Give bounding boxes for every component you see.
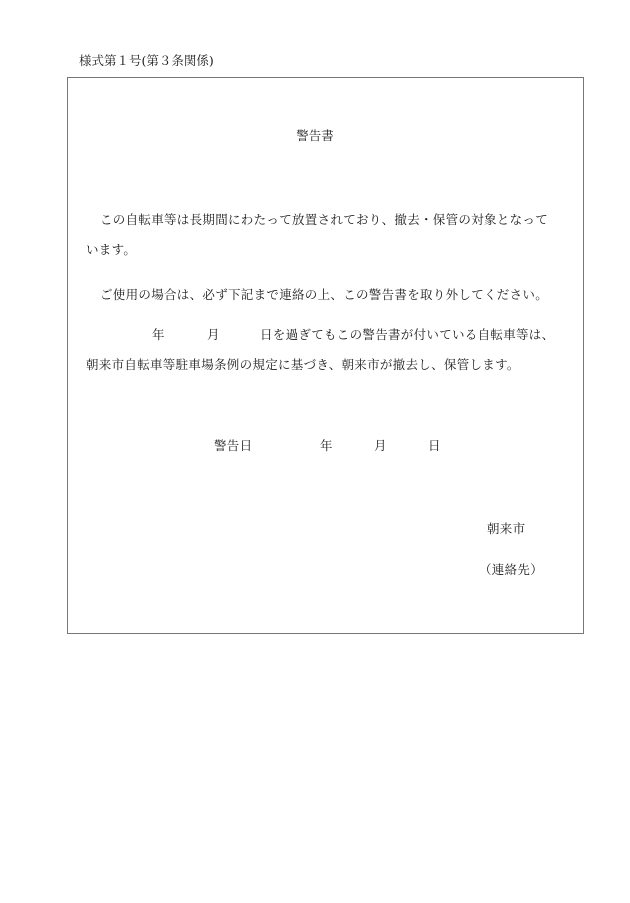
paragraph-1-line-1: この自転車等は長期間にわたって放置されており、撤去・保管の対象となって [100, 210, 548, 228]
issuer-name: 朝来市 [487, 519, 525, 537]
contact-label: （連絡先） [479, 560, 543, 578]
paragraph-3-line-2: 朝来市自転車等駐車場条例の規定に基づき、朝来市が撤去し、保管します。 [86, 355, 520, 373]
warning-date-month-unit: 月 [374, 436, 387, 454]
warning-date-label: 警告日 [214, 436, 252, 454]
paragraph-1-line-2: います。 [86, 240, 136, 258]
form-number-label: 様式第１号(第３条関係) [79, 51, 214, 69]
notice-title: 警告書 [0, 126, 630, 144]
deadline-month-unit: 月 [207, 325, 220, 343]
paragraph-3-line-1: 日を過ぎてもこの警告書が付いている自転車等は、 [260, 325, 554, 343]
deadline-year-unit: 年 [152, 325, 165, 343]
warning-date-year-unit: 年 [320, 436, 333, 454]
warning-date-day-unit: 日 [428, 436, 441, 454]
paragraph-2: ご使用の場合は、必ず下記まで連絡の上、この警告書を取り外してください。 [100, 285, 548, 303]
